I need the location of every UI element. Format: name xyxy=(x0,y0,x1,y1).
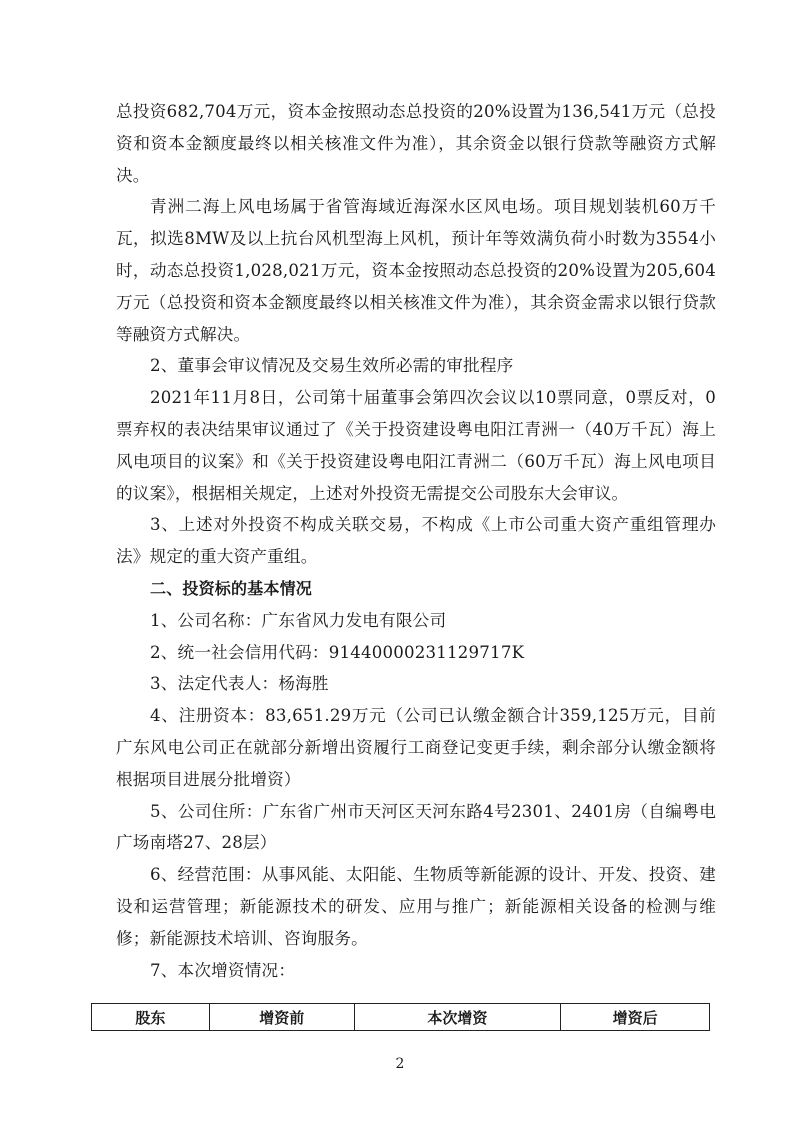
section-heading: 二、投资标的基本情况 xyxy=(116,573,716,605)
item-credit-code: 2、统一社会信用代码：91440000231129717K xyxy=(116,637,716,669)
item-legal-representative: 3、法定代表人：杨海胜 xyxy=(116,668,716,700)
header-this-increase: 本次增资 xyxy=(354,1004,561,1031)
table-header-row: 股东 增资前 本次增资 增资后 xyxy=(92,1004,710,1031)
header-shareholder: 股东 xyxy=(92,1004,210,1031)
capital-increase-table: 股东 增资前 本次增资 增资后 xyxy=(91,1003,710,1031)
header-after-increase: 增资后 xyxy=(561,1004,710,1031)
paragraph-total-investment: 总投资682,704万元，资本金按照动态总投资的20%设置为136,541万元（… xyxy=(116,96,716,191)
header-before-increase: 增资前 xyxy=(209,1004,354,1031)
paragraph-board-resolution: 2021年11月8日，公司第十届董事会第四次会议以10票同意，0票反对，0票弃权… xyxy=(116,382,716,509)
item-company-name: 1、公司名称：广东省风力发电有限公司 xyxy=(116,605,716,637)
item-address: 5、公司住所：广东省广州市天河区天河东路4号2301、2401房（自编粤电广场南… xyxy=(116,796,716,860)
subheading-board-review: 2、董事会审议情况及交易生效所必需的审批程序 xyxy=(116,350,716,382)
paragraph-related-transaction: 3、上述对外投资不构成关联交易，不构成《上市公司重大资产重组管理办法》规定的重大… xyxy=(116,509,716,573)
page-number: 2 xyxy=(0,1056,800,1072)
item-registered-capital: 4、注册资本：83,651.29万元（公司已认缴金额合计359,125万元，目前… xyxy=(116,700,716,795)
item-business-scope: 6、经营范围：从事风能、太阳能、生物质等新能源的设计、开发、投资、建设和运营管理… xyxy=(116,859,716,954)
document-page: 总投资682,704万元，资本金按照动态总投资的20%设置为136,541万元（… xyxy=(116,96,716,986)
paragraph-qingzhou-two: 青洲二海上风电场属于省管海域近海深水区风电场。项目规划装机60万千瓦，拟选8MW… xyxy=(116,191,716,350)
item-capital-increase: 7、本次增资情况： xyxy=(116,955,716,987)
